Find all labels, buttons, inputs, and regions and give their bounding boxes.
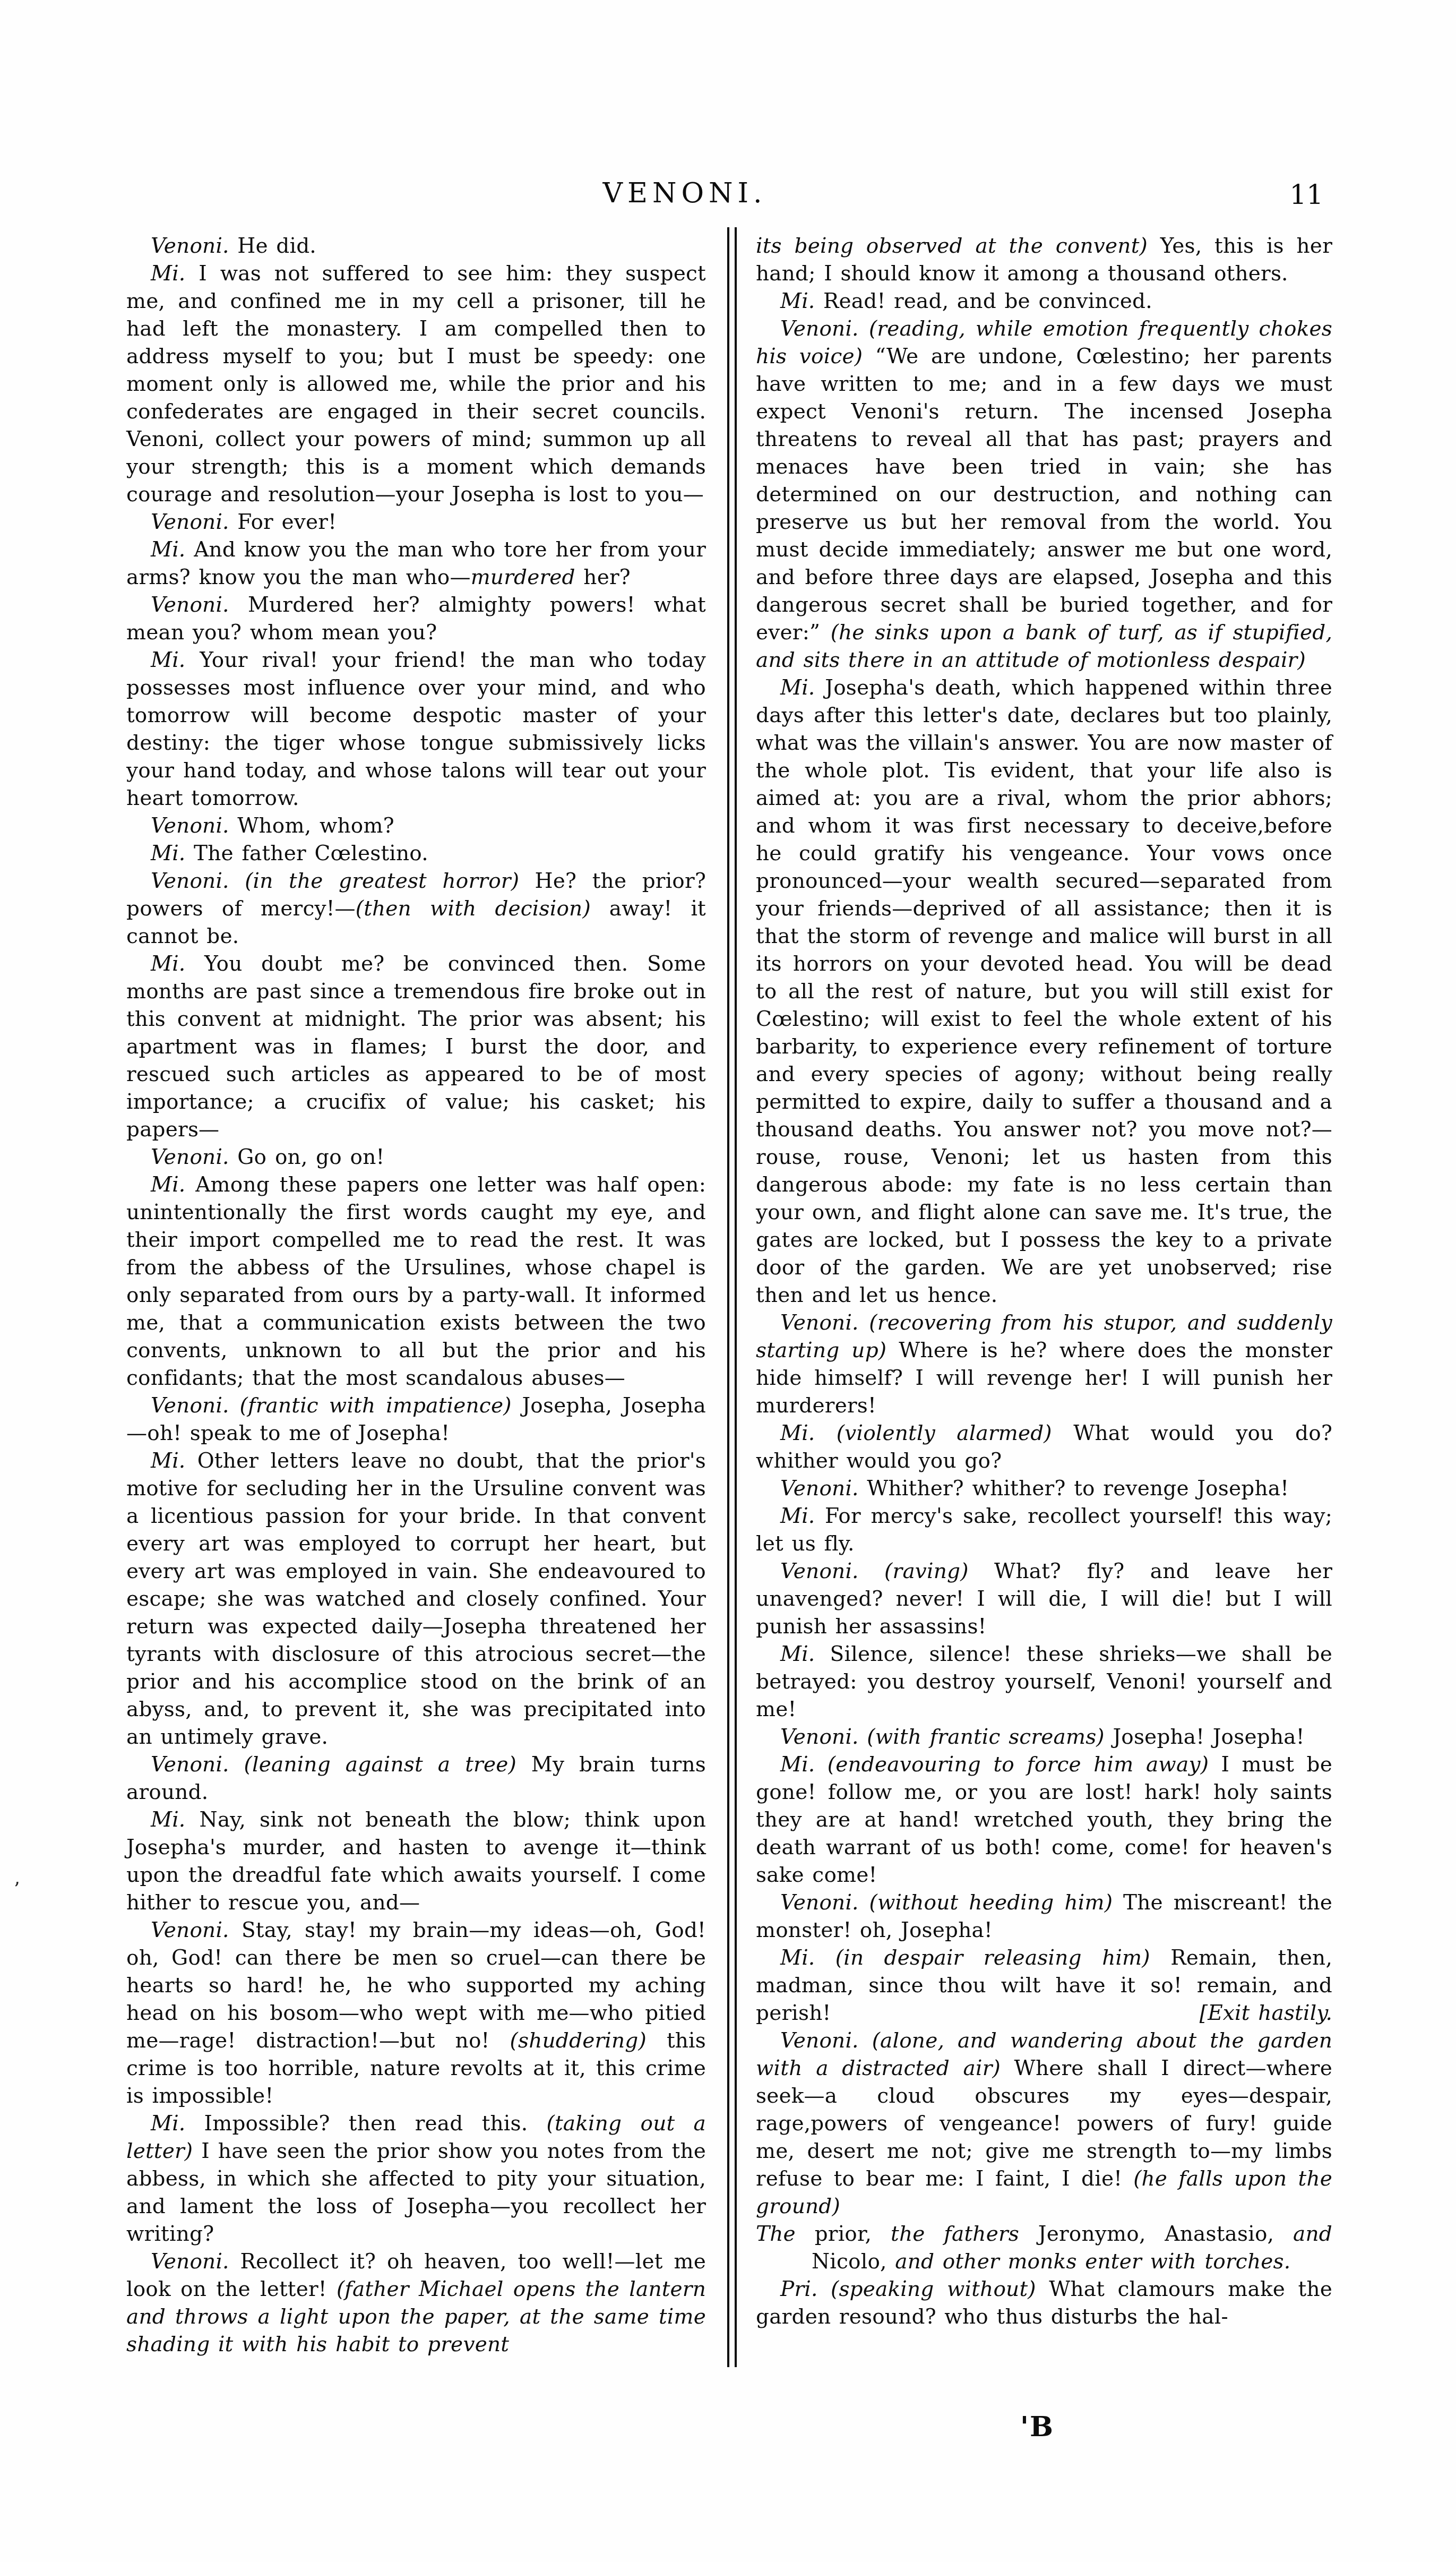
- dialogue-text: Nicolo,: [812, 2250, 895, 2274]
- italic-text: Venoni. (without heeding him): [780, 1891, 1113, 1915]
- dialogue-paragraph: Venoni. Recollect it? oh heaven, too wel…: [126, 2248, 706, 2359]
- dialogue-paragraph: Mi. I was not suffered to see him: they …: [126, 260, 706, 509]
- italic-text: Mi.: [780, 1504, 815, 1528]
- italic-text: Mi. (in despair releasing him): [780, 1946, 1150, 1970]
- italic-text: murdered: [471, 565, 575, 589]
- italic-text: Venoni.: [780, 1477, 859, 1501]
- dialogue-paragraph: Venoni. (recovering from his stupor, and…: [756, 1309, 1332, 1420]
- dialogue-paragraph: Mi. Among these papers one letter was ha…: [126, 1171, 706, 1392]
- italic-text: Mi.: [151, 1808, 185, 1832]
- dialogue-paragraph: Mi. Other letters leave no doubt, that t…: [126, 1447, 706, 1751]
- italic-text: Mi.: [151, 538, 185, 562]
- italic-text: Mi.: [151, 952, 185, 976]
- dialogue-text: He did.: [229, 234, 316, 258]
- dialogue-text: prior,: [796, 2222, 891, 2246]
- dialogue-text: For ever!: [229, 510, 337, 534]
- dialogue-paragraph: Mi. Impossible? then read this. (taking …: [126, 2110, 706, 2248]
- italic-text: (then with decision): [356, 897, 591, 921]
- italic-text: Mi.: [151, 2112, 185, 2136]
- dialogue-text: her?: [575, 565, 631, 589]
- dialogue-text: Nay, sink not beneath the blow; think up…: [126, 1808, 706, 1915]
- italic-text: Mi. (violently alarmed): [780, 1421, 1052, 1445]
- dialogue-text: For mercy's sake, recollect yourself! th…: [756, 1504, 1332, 1556]
- right-column: its being observed at the convent) Yes, …: [756, 233, 1332, 2331]
- dialogue-paragraph: Mi. Nay, sink not beneath the blow; thin…: [126, 1806, 706, 1917]
- italic-text: Pri. (speaking without): [780, 2277, 1036, 2301]
- dialogue-paragraph: Venoni. Murdered her? almighty powers! w…: [126, 592, 706, 647]
- column-divider: [727, 227, 737, 2367]
- dialogue-text: “We are undone, Cœlestino; her parents h…: [756, 345, 1332, 645]
- italic-text: Venoni. (in the greatest horror): [151, 869, 519, 893]
- dialogue-paragraph: Venoni. (frantic with impatience) Joseph…: [126, 1392, 706, 1447]
- italic-text: the fathers: [891, 2222, 1019, 2246]
- dialogue-paragraph: Mi. (violently alarmed) What would you d…: [756, 1420, 1332, 1475]
- dialogue-paragraph: Venoni. (leaning against a tree) My brai…: [126, 1751, 706, 1806]
- dialogue-paragraph: Mi. (in despair releasing him) Remain, t…: [756, 1944, 1332, 2027]
- dialogue-paragraph: Mi. Read! read, and be convinced.: [756, 288, 1332, 315]
- dialogue-text: Silence, silence! these shrieks—we shall…: [756, 1642, 1332, 1721]
- dialogue-text: I have seen the prior show you notes fro…: [126, 2139, 706, 2246]
- dialogue-paragraph: Venoni. (raving) What? fly? and leave he…: [756, 1558, 1332, 1641]
- dialogue-paragraph: Venoni. (reading, while emotion frequent…: [756, 315, 1332, 674]
- dialogue-text: I was not suffered to see him: they susp…: [126, 262, 706, 507]
- dialogue-paragraph: Mi. (endeavouring to force him away) I m…: [756, 1751, 1332, 1889]
- italic-text: (shuddering): [510, 2029, 647, 2053]
- dialogue-text: Whither? whither? to revenge Josepha!: [859, 1477, 1289, 1501]
- italic-text: Venoni.: [151, 1145, 229, 1169]
- italic-text: and other monks enter with torches.: [895, 2250, 1290, 2274]
- dialogue-paragraph: Mi. For mercy's sake, recollect yourself…: [756, 1503, 1332, 1558]
- italic-text: Mi.: [780, 289, 815, 313]
- italic-text: Venoni.: [151, 593, 229, 617]
- italic-text: Venoni. (raving): [780, 1560, 969, 1583]
- dialogue-text: Your rival! your friend! the man who tod…: [126, 648, 706, 810]
- italic-text: Mi.: [151, 1449, 185, 1473]
- dialogue-paragraph: Venoni. Whom, whom?: [126, 812, 706, 840]
- italic-text: and: [1293, 2222, 1332, 2246]
- italic-text: Mi.: [780, 1642, 815, 1666]
- dialogue-paragraph: Mi. You doubt me? be convinced then. Som…: [126, 950, 706, 1144]
- dialogue-paragraph: Mi. Silence, silence! these shrieks—we s…: [756, 1641, 1332, 1724]
- dialogue-paragraph: its being observed at the convent) Yes, …: [756, 233, 1332, 288]
- left-column: Venoni. He did.Mi. I was not suffered to…: [126, 233, 706, 2359]
- page-number: 11: [1289, 179, 1323, 210]
- italic-text: Mi.: [151, 1173, 185, 1197]
- dialogue-paragraph: Venoni. (alone, and wandering about the …: [756, 2027, 1332, 2221]
- dialogue-paragraph: Mi. Josepha's death, which happened with…: [756, 674, 1332, 1309]
- italic-text: Venoni. (frantic with impatience): [151, 1394, 512, 1418]
- italic-text: Mi. (endeavouring to force him away): [780, 1753, 1209, 1777]
- italic-text: Mi.: [780, 676, 815, 700]
- italic-text: Venoni.: [151, 2250, 229, 2274]
- dialogue-text: Read! read, and be convinced.: [815, 289, 1152, 313]
- italic-text: its being observed at the convent): [756, 234, 1148, 258]
- italic-text: Mi.: [151, 262, 185, 286]
- dialogue-paragraph: Venoni. For ever!: [126, 509, 706, 536]
- dialogue-paragraph: Mi. And know you the man who tore her fr…: [126, 536, 706, 592]
- dialogue-text: Impossible? then read this.: [185, 2112, 546, 2136]
- running-title: VENONI.: [563, 177, 807, 209]
- italic-text: Venoni.: [151, 814, 229, 838]
- stage-direction: The prior, the fathers Jeronymo, Anastas…: [756, 2221, 1332, 2276]
- italic-text: (he sinks upon a bank of turf, as if stu…: [756, 621, 1332, 672]
- dialogue-paragraph: Venoni. Whither? whither? to revenge Jos…: [756, 1475, 1332, 1503]
- dialogue-text: Josepha! Josepha!: [1105, 1725, 1305, 1749]
- italic-text: Mi.: [151, 842, 185, 866]
- ink-mark: ’: [14, 1879, 20, 1900]
- exit-direction: [Exit hastily.: [1175, 2000, 1332, 2027]
- italic-text: Venoni.: [151, 234, 229, 258]
- dialogue-text: Whom, whom?: [229, 814, 394, 838]
- italic-text: Venoni. (leaning against a tree): [151, 1753, 516, 1777]
- dialogue-paragraph: Venoni. (in the greatest horror) He? the…: [126, 868, 706, 950]
- dialogue-paragraph: Venoni. Go on, go on!: [126, 1144, 706, 1171]
- dialogue-paragraph: Venoni. Stay, stay! my brain—my ideas—oh…: [126, 1917, 706, 2110]
- dialogue-text: Other letters leave no doubt, that the p…: [126, 1449, 706, 1749]
- dialogue-paragraph: Venoni. (with frantic screams) Josepha! …: [756, 1724, 1332, 1751]
- dialogue-paragraph: Pri. (speaking without) What clamours ma…: [756, 2276, 1332, 2331]
- signature-mark: 'B: [1020, 2411, 1054, 2443]
- dialogue-paragraph: Venoni. He did.: [126, 233, 706, 260]
- dialogue-text: You doubt me? be convinced then. Some mo…: [126, 952, 706, 1142]
- italic-text: The: [756, 2222, 796, 2246]
- dialogue-text: Jeronymo, Anastasio,: [1019, 2222, 1293, 2246]
- dialogue-text: The father Cœlestino.: [185, 842, 428, 866]
- italic-text: Venoni.: [151, 510, 229, 534]
- italic-text: Mi.: [151, 648, 185, 672]
- dialogue-text: Go on, go on!: [229, 1145, 385, 1169]
- dialogue-paragraph: Venoni. (without heeding him) The miscre…: [756, 1889, 1332, 1944]
- book-page: VENONI. 11 Venoni. He did.Mi. I was not …: [0, 0, 1456, 2562]
- dialogue-paragraph: Mi. Your rival! your friend! the man who…: [126, 647, 706, 812]
- dialogue-paragraph: Mi. The father Cœlestino.: [126, 840, 706, 868]
- dialogue-text: Among these papers one letter was half o…: [126, 1173, 706, 1390]
- italic-text: Venoni.: [151, 1918, 229, 1942]
- italic-text: Venoni. (with frantic screams): [780, 1725, 1105, 1749]
- dialogue-text: Josepha's death, which happened within t…: [756, 676, 1332, 1307]
